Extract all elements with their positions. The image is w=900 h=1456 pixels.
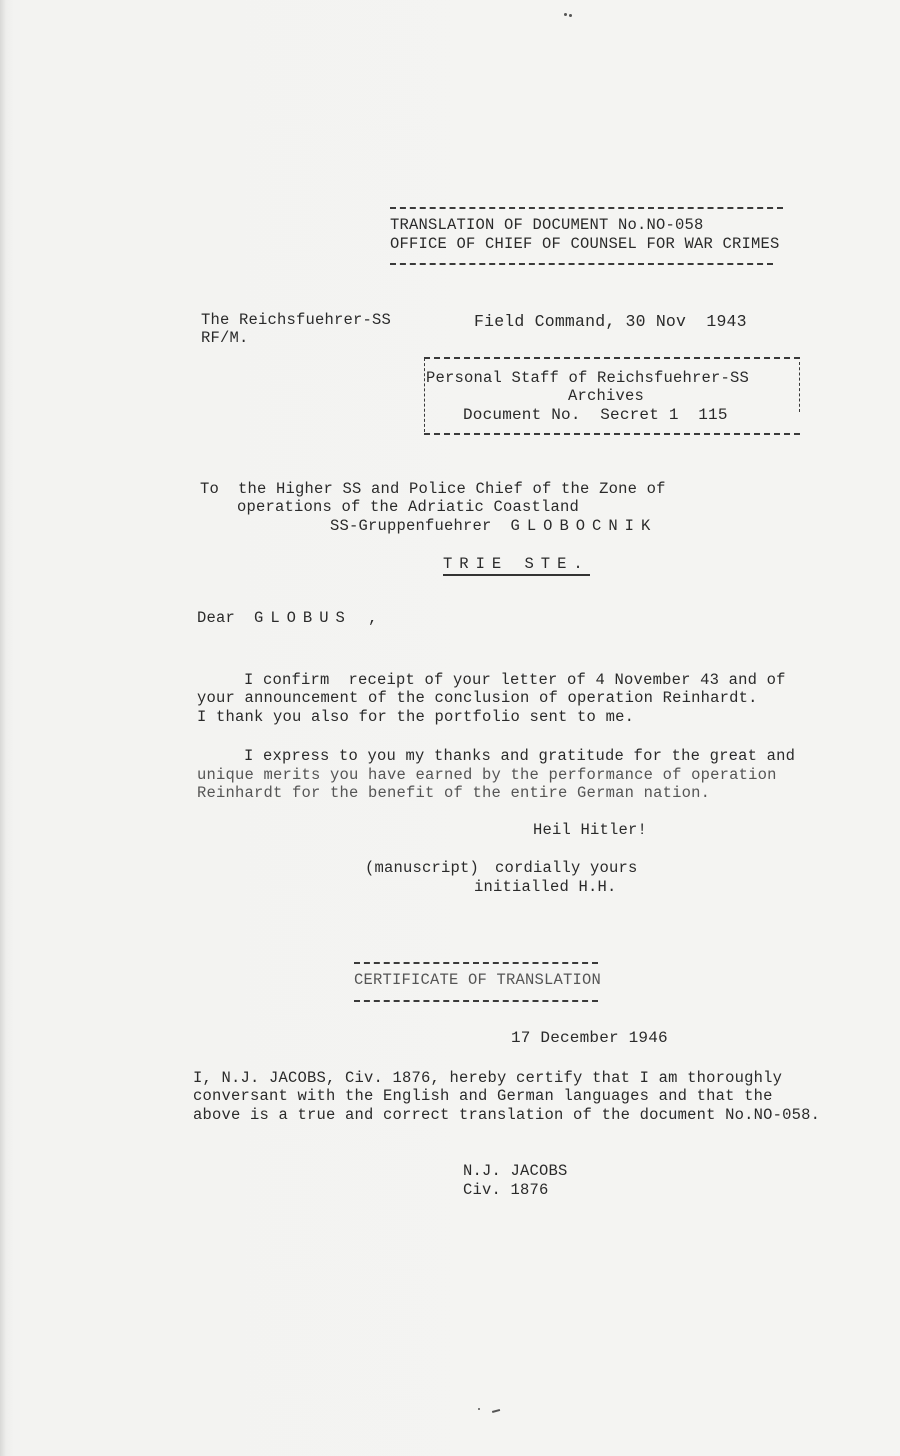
recipient-line1: To the Higher SS and Police Chief of the… [200,480,666,499]
closing-cordially: cordially yours [495,859,638,878]
paper-mark [564,13,567,16]
stamp-rule-top [424,357,800,359]
certificate-title: CERTIFICATE OF TRANSLATION [354,971,601,990]
recipient-line2: operations of the Adriatic Coastland [237,498,579,517]
dateline: Field Command, 30 Nov 1943 [474,312,747,331]
stamp-rule-bottom [424,433,800,435]
sender-line1: The Reichsfuehrer-SS [201,311,391,330]
stamp-border-left [424,358,425,432]
body-para1-line2: your announcement of the conclusion of o… [197,689,758,708]
salutation: Dear GLOBUS , [197,609,384,628]
certificate-line1: I, N.J. JACOBS, Civ. 1876, hereby certif… [193,1069,782,1088]
stamp-line1: Personal Staff of Reichsfuehrer-SS [426,369,749,388]
signer-name: N.J. JACOBS [463,1162,568,1181]
header-title-line2: OFFICE OF CHIEF OF COUNSEL FOR WAR CRIME… [390,235,780,254]
certificate-line3: above is a true and correct translation … [193,1106,820,1125]
paper-mark [478,1408,480,1410]
salutation-name: GLOBUS , [254,609,384,627]
document-page: TRANSLATION OF DOCUMENT No.NO-058 OFFICE… [0,0,900,1456]
paper-mark [569,14,572,17]
header-rule-bottom [390,263,773,265]
closing-manuscript: (manuscript) [365,859,479,878]
body-para1-line1: I confirm receipt of your letter of 4 No… [244,671,786,690]
stamp-line2: Archives [426,387,786,406]
body-para1-line3: I thank you also for the portfolio sent … [197,708,634,727]
recipient-name: GLOBOCNIK [511,517,658,535]
recipient-line3: SS-Gruppenfuehrer GLOBOCNIK [330,517,657,536]
certificate-rule-bottom [354,1000,598,1002]
certificate-line2: conversant with the English and German l… [193,1087,773,1106]
certificate-date: 17 December 1946 [511,1029,668,1048]
recipient-city: TRIE STE. [443,555,590,574]
paper-mark [492,1409,500,1413]
stamp-border-right [799,362,800,412]
recipient-title: SS-Gruppenfuehrer [330,517,492,535]
header-title-line1: TRANSLATION OF DOCUMENT No.NO-058 [390,216,704,235]
recipient-city-text: TRIE STE. [443,555,590,576]
body-para2-line2: unique merits you have earned by the per… [197,766,777,785]
signer-id: Civ. 1876 [463,1181,549,1200]
certificate-rule-top [354,962,598,964]
closing-greeting: Heil Hitler! [533,821,647,840]
body-para2-line1: I express to you my thanks and gratitude… [244,747,795,766]
salutation-prefix: Dear [197,609,235,627]
sender-line2: RF/M. [201,329,249,348]
body-para2-line3: Reinhardt for the benefit of the entire … [197,784,710,803]
stamp-line3: Document No. Secret 1 115 [463,406,728,425]
header-rule-top [390,207,783,209]
closing-initialled: initialled H.H. [474,878,617,897]
